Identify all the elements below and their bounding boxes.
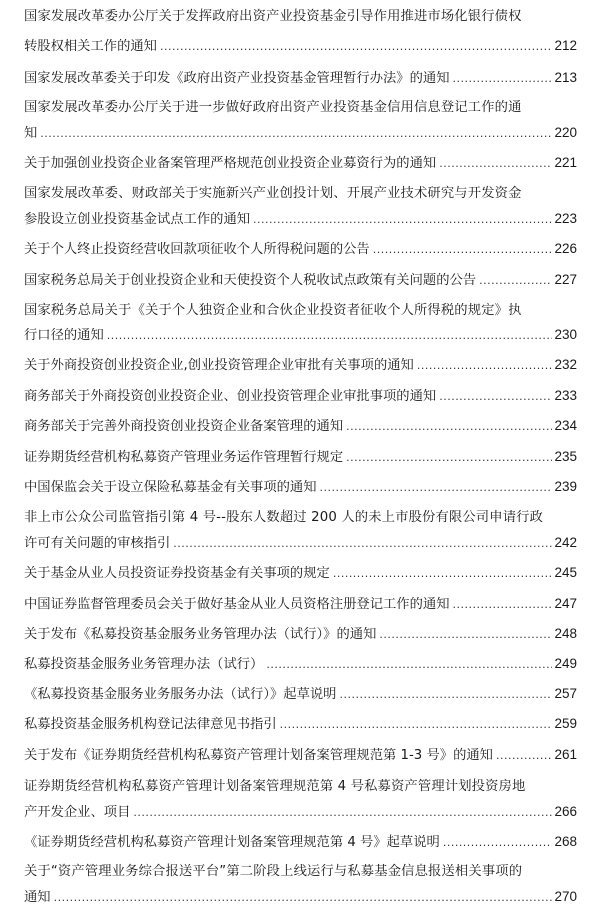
- dot-leader: [453, 595, 553, 614]
- page-number: 247: [554, 594, 577, 614]
- page-number: 239: [554, 477, 577, 497]
- dot-leader: [266, 655, 552, 674]
- dot-leader: [173, 534, 552, 553]
- table-of-contents: 国家发展改革委办公厅关于发挥政府出资产业投资基金引导作用推进市场化银行债权 转股…: [0, 0, 597, 910]
- toc-entry-title: 参股设立创业投资基金试点工作的通知: [24, 210, 250, 229]
- toc-entry-title: 国家税务总局关于创业投资企业和天使投资个人税收试点政策有关问题的公告: [24, 271, 476, 290]
- page-number: 259: [554, 714, 577, 734]
- page-number: 245: [554, 563, 577, 583]
- dot-leader: [107, 326, 553, 345]
- dot-leader: [479, 271, 552, 290]
- toc-entry-title: 知: [24, 124, 37, 143]
- toc-entry-title: 关于外商投资创业投资企业,创业投资管理企业审批有关事项的通知: [24, 356, 414, 375]
- page-number: 223: [554, 209, 577, 229]
- dot-leader: [133, 803, 552, 822]
- dot-leader: [333, 564, 553, 583]
- toc-entry-title: 私募投资基金服务业务管理办法（试行）: [24, 655, 263, 674]
- toc-entry-title-line: 国家税务总局关于《关于个人独资企业和合伙企业投资者征收个人所得税的规定》执: [24, 301, 577, 321]
- dot-leader: [453, 69, 553, 88]
- page-number: 220: [554, 123, 577, 143]
- dot-leader: [439, 154, 552, 173]
- toc-entry-title-line: 国家发展改革委办公厅关于进一步做好政府出资产业投资基金信用信息登记工作的通: [24, 98, 577, 118]
- dot-leader: [54, 888, 553, 907]
- toc-entry-title: 许可有关问题的审核指引: [24, 534, 170, 553]
- toc-entry-title: 私募投资基金服务机构登记法律意见书指引: [24, 715, 277, 734]
- toc-entry-title-line: 关于“资产管理业务综合报送平台”第二阶段上线运行与私募基金信息报送相关事项的: [24, 862, 577, 882]
- toc-entry-title: 中国保监会关于设立保险私募基金有关事项的通知: [24, 478, 317, 497]
- page-number: 235: [554, 447, 577, 467]
- toc-entry-title: 《私募投资基金服务业务服务办法（试行）》起草说明: [24, 685, 336, 704]
- toc-entry-title: 关于发布《私募投资基金服务业务管理办法（试行）》的通知: [24, 625, 376, 644]
- dot-leader: [253, 210, 552, 229]
- dot-leader: [443, 833, 553, 852]
- page-number: 242: [554, 533, 577, 553]
- toc-entry-title: 关于发布《证券期货经营机构私募资产管理计划备案管理规范第 1-3 号》的通知: [24, 746, 493, 765]
- dot-leader: [160, 37, 553, 56]
- dot-leader: [280, 715, 553, 734]
- page-number: 257: [554, 684, 577, 704]
- dot-leader: [346, 448, 552, 467]
- dot-leader: [320, 478, 553, 497]
- page-number: 266: [554, 802, 577, 822]
- page-number: 212: [554, 36, 577, 56]
- dot-leader: [417, 356, 553, 375]
- toc-entry-title: 商务部关于外商投资创业投资企业、创业投资管理企业审批事项的通知: [24, 387, 436, 406]
- page-number: 230: [554, 325, 577, 345]
- page-number: 234: [554, 416, 577, 436]
- toc-entry-title: 商务部关于完善外商投资创业投资企业备案管理的通知: [24, 417, 343, 436]
- dot-leader: [40, 124, 552, 143]
- dot-leader: [373, 240, 553, 259]
- page-number: 232: [554, 355, 577, 375]
- page-number: 226: [554, 239, 577, 259]
- toc-entry-title: 关于加强创业投资企业备案管理严格规范创业投资企业募资行为的通知: [24, 154, 436, 173]
- page-number: 213: [554, 68, 577, 88]
- toc-entry-title-line: 国家发展改革委、财政部关于实施新兴产业创投计划、开展产业技术研究与开发资金: [24, 184, 577, 204]
- toc-entry-title: 通知: [24, 888, 51, 907]
- dot-leader: [346, 417, 552, 436]
- toc-entry-title: 证券期货经营机构私募资产管理业务运作管理暂行规定: [24, 448, 343, 467]
- toc-entry-title: 中国证券监督管理委员会关于做好基金从业人员资格注册登记工作的通知: [24, 595, 450, 614]
- dot-leader: [496, 746, 553, 765]
- dot-leader: [439, 387, 552, 406]
- toc-entry-title-line: 非上市公众公司监管指引第 4 号--股东人数超过 200 人的未上市股份有限公司…: [24, 508, 577, 528]
- toc-entry-title: 关于个人终止投资经营收回款项征收个人所得税问题的公告: [24, 240, 370, 259]
- page-number: 227: [554, 270, 577, 290]
- toc-entry-title: 产开发企业、项目: [24, 803, 130, 822]
- dot-leader: [379, 625, 552, 644]
- toc-entry-title-line: 证券期货经营机构私募资产管理计划备案管理规范第 4 号私募资产管理计划投资房地: [24, 777, 577, 797]
- page-number: 270: [554, 887, 577, 907]
- page-number: 221: [554, 153, 577, 173]
- page-number: 233: [554, 386, 577, 406]
- dot-leader: [339, 685, 552, 704]
- page-number: 249: [554, 654, 577, 674]
- toc-entry-title: 《证券期货经营机构私募资产管理计划备案管理规范第 4 号》起草说明: [24, 833, 440, 852]
- toc-entry-title-line: 国家发展改革委办公厅关于发挥政府出资产业投资基金引导作用推进市场化银行债权: [24, 7, 577, 27]
- toc-entry-title: 转股权相关工作的通知: [24, 37, 157, 56]
- toc-entry-title: 国家发展改革委关于印发《政府出资产业投资基金管理暂行办法》的通知: [24, 69, 450, 88]
- toc-entry-title: 行口径的通知: [24, 326, 104, 345]
- toc-entry-title: 关于基金从业人员投资证券投资基金有关事项的规定: [24, 564, 330, 583]
- page-number: 268: [554, 832, 577, 852]
- page-number: 261: [554, 745, 577, 765]
- page-number: 248: [554, 624, 577, 644]
